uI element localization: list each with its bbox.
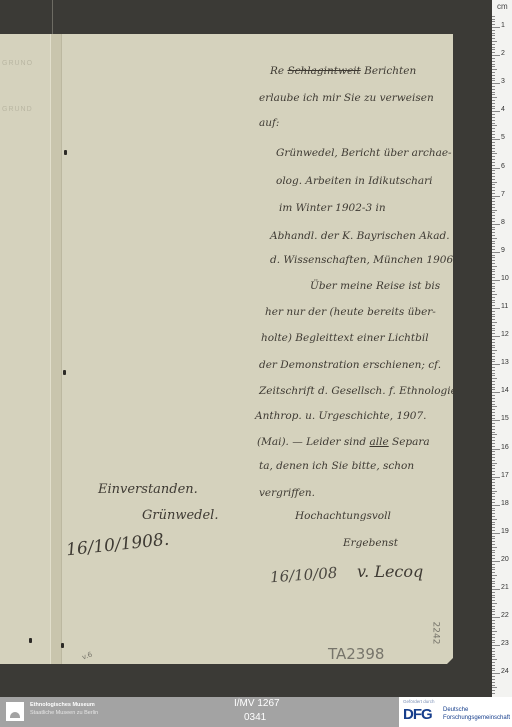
ruler-tick <box>492 92 495 93</box>
funder-name-line2: Forschungsgemeinschaft <box>443 715 510 721</box>
ruler-tick <box>492 603 497 604</box>
letter-line-text: ta, denen ich Sie bitte, schon <box>259 460 414 472</box>
letter-line-text: der Demonstration erschienen; cf. <box>259 359 441 371</box>
letter-line: im Winter 1902-3 in <box>279 202 386 214</box>
ruler-tick <box>492 460 495 461</box>
ruler-tick <box>492 373 495 374</box>
ruler-tick <box>492 212 495 213</box>
ruler-tick <box>492 392 500 393</box>
ruler-tick <box>492 117 495 118</box>
ruler-tick <box>492 589 500 590</box>
ruler-tick <box>492 269 495 270</box>
punch-hole <box>63 370 66 375</box>
document-scan: GRUNO GRUND Re Schlagintweit Berichtener… <box>0 0 492 697</box>
ruler-tick <box>492 558 495 559</box>
ruler-tick <box>492 637 495 638</box>
ruler-tick <box>492 364 500 365</box>
ruler-tick <box>492 564 495 565</box>
ruler-tick <box>492 300 495 301</box>
ruler-tick <box>492 361 495 362</box>
letter-line-rest: Berichten <box>361 65 416 77</box>
ruler-tick <box>492 123 495 124</box>
ruler-tick <box>492 187 495 188</box>
ruler-tick <box>492 235 495 236</box>
ruler-tick <box>492 457 495 458</box>
ruler-tick <box>492 395 495 396</box>
ruler-tick <box>492 538 495 539</box>
ruler-tick <box>492 583 495 584</box>
ruler-tick <box>492 682 495 683</box>
ruler-tick <box>492 227 495 228</box>
ruler-tick <box>492 75 495 76</box>
ruler-tick <box>492 578 495 579</box>
letter-line: olog. Arbeiten in Idikutschari <box>276 175 433 187</box>
ruler-tick <box>492 687 497 688</box>
ruler-tick <box>492 651 495 652</box>
letter-line-text: vergriffen. <box>259 487 315 499</box>
ruler-tick <box>492 148 495 149</box>
ruler-tick <box>492 145 495 146</box>
ruler-tick <box>492 567 495 568</box>
ruler-tick <box>492 626 495 627</box>
ruler-tick <box>492 561 500 562</box>
ruler-tick <box>492 162 495 163</box>
ruler-tick <box>492 375 495 376</box>
ruler-tick <box>492 252 500 253</box>
ruler-tick <box>492 108 495 109</box>
ruler-label: 24 <box>501 668 509 675</box>
ruler-tick <box>492 628 495 629</box>
letter-line-text: v. Lecoq <box>357 562 423 581</box>
ruler-tick <box>492 420 500 421</box>
underlined-word: alle <box>369 436 388 448</box>
ruler-tick <box>492 128 495 129</box>
letter-line: Zeitschrift d. Gesellsch. f. Ethnologie <box>259 385 457 397</box>
ruler-tick <box>492 387 495 388</box>
ruler-tick <box>492 277 495 278</box>
ruler-tick <box>492 305 495 306</box>
ruler-tick <box>492 595 495 596</box>
ruler-tick <box>492 471 495 472</box>
ruler-tick <box>492 527 495 528</box>
ruler-tick <box>492 142 495 143</box>
ruler-tick <box>492 409 495 410</box>
ruler-label: 9 <box>501 247 505 254</box>
ruler-tick <box>492 437 495 438</box>
ruler-tick <box>492 342 495 343</box>
ruler-tick <box>492 519 497 520</box>
ruler-tick <box>492 41 497 42</box>
ruler-label: 16 <box>501 444 509 451</box>
ruler-label: 18 <box>501 500 509 507</box>
funder-label: Gefördert durch <box>403 699 435 704</box>
ruler-tick <box>492 673 500 674</box>
ruler-tick <box>492 640 495 641</box>
ruler-label: 6 <box>501 163 505 170</box>
ruler-tick <box>492 522 495 523</box>
ruler-tick <box>492 477 500 478</box>
ruler-label: 1 <box>501 22 505 29</box>
letter-line-rest: Separa <box>389 436 430 448</box>
ruler-tick <box>492 325 495 326</box>
ruler-tick <box>492 451 495 452</box>
letter-line: v. Lecoq <box>357 562 423 581</box>
ruler-tick <box>492 322 497 323</box>
ruler-tick <box>492 446 495 447</box>
ruler-tick <box>492 600 495 601</box>
ruler-tick <box>492 243 495 244</box>
ruler-tick <box>492 499 495 500</box>
ruler-tick <box>492 415 495 416</box>
ruler-tick <box>492 339 495 340</box>
ruler-label: 7 <box>501 191 505 198</box>
ruler-tick <box>492 555 495 556</box>
ruler-tick <box>492 398 495 399</box>
ruler-tick <box>492 255 495 256</box>
ruler-tick <box>492 654 495 655</box>
ruler-tick <box>492 311 495 312</box>
ruler-tick <box>492 606 495 607</box>
ruler-tick <box>492 586 495 587</box>
ruler-label: 11 <box>501 303 508 310</box>
ruler-tick <box>492 16 495 17</box>
object-identifier: I/MV 1267 <box>234 698 280 709</box>
letter-line: Über meine Reise ist bis <box>310 280 440 292</box>
letter-line-text: Grünwedel, Bericht über archae- <box>276 147 452 159</box>
ruler-tick <box>492 49 495 50</box>
ruler-tick <box>492 572 495 573</box>
ruler-tick <box>492 224 500 225</box>
ruler-tick <box>492 263 495 264</box>
letter-line: Grünwedel, Bericht über archae- <box>276 147 452 159</box>
ruler-tick <box>492 513 495 514</box>
ghost-text: GRUNO <box>2 60 33 67</box>
ruler-tick <box>492 271 495 272</box>
ruler-tick <box>492 440 495 441</box>
ruler-tick <box>492 631 497 632</box>
ruler-tick <box>492 406 497 407</box>
letter-line-text: (Mai). — Leider sind <box>257 436 369 448</box>
ruler-tick <box>492 30 495 31</box>
ruler-label: 20 <box>501 556 509 563</box>
ruler-tick <box>492 668 495 669</box>
page-number: 0341 <box>244 712 266 723</box>
ruler-tick <box>492 404 495 405</box>
ruler-tick <box>492 412 495 413</box>
ruler-tick <box>492 78 495 79</box>
letter-line-text: Zeitschrift d. Gesellsch. f. Ethnologie <box>259 385 457 397</box>
ruler-tick <box>492 260 495 261</box>
ruler-tick <box>492 623 495 624</box>
ruler-tick <box>492 100 495 101</box>
ruler-tick <box>492 291 495 292</box>
ruler-label: 17 <box>501 472 509 479</box>
ruler-tick <box>492 47 495 48</box>
letter-line: Anthrop. u. Urgeschichte, 1907. <box>255 410 427 422</box>
ruler-tick <box>492 241 495 242</box>
ruler-tick <box>492 620 495 621</box>
ruler-tick <box>492 238 497 239</box>
letter-line-text: Über meine Reise ist bis <box>310 280 440 292</box>
ruler-tick <box>492 170 495 171</box>
ruler-tick <box>492 479 495 480</box>
letter-line-text: im Winter 1902-3 in <box>279 202 386 214</box>
ruler-tick <box>492 165 495 166</box>
cm-ruler: cm 1234567891011121314151617181920212223… <box>492 0 512 697</box>
ruler-tick <box>492 69 497 70</box>
ruler-tick <box>492 502 495 503</box>
ruler-tick <box>492 103 495 104</box>
ruler-tick <box>492 319 495 320</box>
scan-seam <box>52 0 53 34</box>
letter-line: ta, denen ich Sie bitte, schon <box>259 460 414 472</box>
ruler-tick <box>492 176 495 177</box>
ghost-text: GRUND <box>2 106 33 113</box>
ruler-tick <box>492 423 495 424</box>
ruler-tick <box>492 64 495 65</box>
ruler-tick <box>492 617 500 618</box>
dfg-logo-icon: DFG <box>403 706 432 723</box>
ruler-tick <box>492 356 495 357</box>
ruler-tick <box>492 97 497 98</box>
ruler-tick <box>492 536 495 537</box>
ruler-tick <box>492 432 495 433</box>
ruler-tick <box>492 505 500 506</box>
ruler-tick <box>492 302 495 303</box>
ruler-tick <box>492 581 495 582</box>
ruler-tick <box>492 690 495 691</box>
ruler-tick <box>492 316 495 317</box>
ruler-tick <box>492 491 497 492</box>
letter-line-text: Hochachtungsvoll <box>295 510 391 522</box>
letter-line-text: Ergebenst <box>343 537 398 549</box>
ruler-tick <box>492 190 495 191</box>
ruler-tick <box>492 72 495 73</box>
ruler-tick <box>492 198 495 199</box>
ruler-tick <box>492 182 497 183</box>
ruler-tick <box>492 35 495 36</box>
letter-line-text: d. Wissenschaften, München 1906. <box>270 254 456 266</box>
ruler-label: 5 <box>501 134 505 141</box>
ruler-tick <box>492 648 495 649</box>
ruler-label: 13 <box>501 359 509 366</box>
ruler-tick <box>492 125 497 126</box>
ruler-tick <box>492 676 495 677</box>
ruler-tick <box>492 111 500 112</box>
ruler-tick <box>492 207 495 208</box>
ruler-tick <box>492 367 495 368</box>
ruler-tick <box>492 294 497 295</box>
ruler-tick <box>492 670 495 671</box>
letter-line: erlaube ich mir Sie zu verweisen <box>259 92 434 104</box>
ruler-tick <box>492 61 495 62</box>
ruler-label: 23 <box>501 640 509 647</box>
ruler-tick <box>492 550 495 551</box>
ruler-tick <box>492 381 495 382</box>
ruler-tick <box>492 614 495 615</box>
ruler-tick <box>492 370 495 371</box>
ruler-tick <box>492 286 495 287</box>
ruler-tick <box>492 314 495 315</box>
ruler-tick <box>492 359 495 360</box>
ruler-tick <box>492 642 495 643</box>
ruler-tick <box>492 434 497 435</box>
ruler-tick <box>492 246 495 247</box>
ruler-tick <box>492 297 495 298</box>
ruler-tick <box>492 229 495 230</box>
ruler-tick <box>492 266 497 267</box>
ruler-tick <box>492 179 495 180</box>
ruler-tick <box>492 592 495 593</box>
ruler-tick <box>492 94 495 95</box>
ruler-tick <box>492 454 495 455</box>
ruler-label: 8 <box>501 219 505 226</box>
ruler-tick <box>492 257 495 258</box>
ruler-unit: cm <box>497 2 508 11</box>
ruler-tick <box>492 493 495 494</box>
ruler-tick <box>492 44 495 45</box>
ruler-tick <box>492 131 495 132</box>
ruler-tick <box>492 659 497 660</box>
ruler-label: 21 <box>501 584 509 591</box>
letter-line-text: Anthrop. u. Urgeschichte, 1907. <box>255 410 427 422</box>
letter-line-text: auf: <box>259 117 279 129</box>
ruler-tick <box>492 86 495 87</box>
ruler-tick <box>492 58 495 59</box>
archive-side-number: 2242 <box>430 622 440 645</box>
ruler-tick <box>492 333 495 334</box>
ruler-tick <box>492 488 495 489</box>
ruler-tick <box>492 384 495 385</box>
ruler-tick <box>492 426 495 427</box>
letter-line: der Demonstration erschienen; cf. <box>259 359 441 371</box>
museum-name: Ethnologisches Museum <box>30 702 95 708</box>
ruler-tick <box>492 496 495 497</box>
ruler-tick <box>492 33 495 34</box>
ruler-label: 14 <box>501 387 509 394</box>
ruler-tick <box>492 274 495 275</box>
ruler-tick <box>492 19 495 20</box>
ruler-tick <box>492 353 495 354</box>
ruler-tick <box>492 249 495 250</box>
letter-line: Ergebenst <box>343 537 398 549</box>
letter-line-text: Re <box>270 65 287 77</box>
ruler-tick <box>492 575 497 576</box>
letter-line-text: Abhandl. der K. Bayrischen Akad. <box>270 230 450 242</box>
reply-note-signature: Grünwedel. <box>142 508 218 523</box>
punch-hole <box>64 150 67 155</box>
ruler-tick <box>492 485 495 486</box>
ruler-tick <box>492 463 497 464</box>
ruler-tick <box>492 685 495 686</box>
ruler-tick <box>492 221 495 222</box>
ruler-tick <box>492 153 497 154</box>
ruler-tick <box>492 449 500 450</box>
funder-panel: Gefördert durch DFG Deutsche Forschungsg… <box>399 697 512 727</box>
letter-line: Hochachtungsvoll <box>295 510 391 522</box>
ruler-tick <box>492 665 495 666</box>
ruler-label: 15 <box>501 415 509 422</box>
ruler-tick <box>492 114 495 115</box>
ruler-tick <box>492 468 495 469</box>
ruler-label: 4 <box>501 106 505 113</box>
ruler-tick <box>492 597 495 598</box>
ruler-tick <box>492 38 495 39</box>
ruler-tick <box>492 83 500 84</box>
ruler-tick <box>492 280 500 281</box>
ruler-tick <box>492 308 500 309</box>
ruler-tick <box>492 634 495 635</box>
ruler-tick <box>492 508 495 509</box>
archive-pencil-number: TA2398 <box>328 645 384 663</box>
ruler-tick <box>492 184 495 185</box>
punch-hole <box>29 638 32 643</box>
ruler-tick <box>492 656 495 657</box>
ruler-tick <box>492 283 495 284</box>
ruler-tick <box>492 544 495 545</box>
funder-name-line1: Deutsche <box>443 707 468 713</box>
ruler-tick <box>492 89 495 90</box>
ruler-tick <box>492 156 495 157</box>
ruler-tick <box>492 350 497 351</box>
ruler-tick <box>492 330 495 331</box>
ruler-tick <box>492 204 495 205</box>
reply-note-line1: Einverstanden. <box>98 482 198 497</box>
ruler-tick <box>492 530 495 531</box>
ruler-tick <box>492 611 495 612</box>
letter-line: (Mai). — Leider sind alle Separa <box>257 436 430 448</box>
letter-line-text: erlaube ich mir Sie zu verweisen <box>259 92 434 104</box>
ruler-tick <box>492 27 500 28</box>
ruler-tick <box>492 168 500 169</box>
ruler-label: 2 <box>501 50 505 57</box>
letter-line: holte) Begleittext einer Lichtbil <box>261 332 429 344</box>
ruler-tick <box>492 679 495 680</box>
ruler-tick <box>492 52 495 53</box>
ruler-tick <box>492 389 495 390</box>
ruler-tick <box>492 21 495 22</box>
ruler-tick <box>492 210 497 211</box>
letter-line-text: her nur der (heute bereits über- <box>265 306 436 318</box>
ruler-tick <box>492 193 495 194</box>
ruler-tick <box>492 474 495 475</box>
ruler-tick <box>492 288 495 289</box>
ruler-tick <box>492 482 495 483</box>
ruler-tick <box>492 137 495 138</box>
ruler-label: 3 <box>501 78 505 85</box>
ruler-tick <box>492 347 495 348</box>
ruler-tick <box>492 215 495 216</box>
ruler-tick <box>492 541 495 542</box>
ruler-tick <box>492 524 495 525</box>
ruler-tick <box>492 510 495 511</box>
ruler-tick <box>492 24 495 25</box>
ruler-tick <box>492 151 495 152</box>
punch-hole <box>61 643 64 648</box>
ruler-tick <box>492 66 495 67</box>
struck-word: Schlagintweit <box>287 65 360 77</box>
ruler-tick <box>492 552 495 553</box>
ruler-tick <box>492 609 495 610</box>
ruler-label: 22 <box>501 612 509 619</box>
ruler-tick <box>492 173 495 174</box>
paper-fold <box>50 34 62 664</box>
museum-logo-icon <box>6 702 24 721</box>
ruler-tick <box>492 645 500 646</box>
ruler-tick <box>492 55 500 56</box>
ruler-tick <box>492 328 495 329</box>
letter-line-text: olog. Arbeiten in Idikutschari <box>276 175 433 187</box>
